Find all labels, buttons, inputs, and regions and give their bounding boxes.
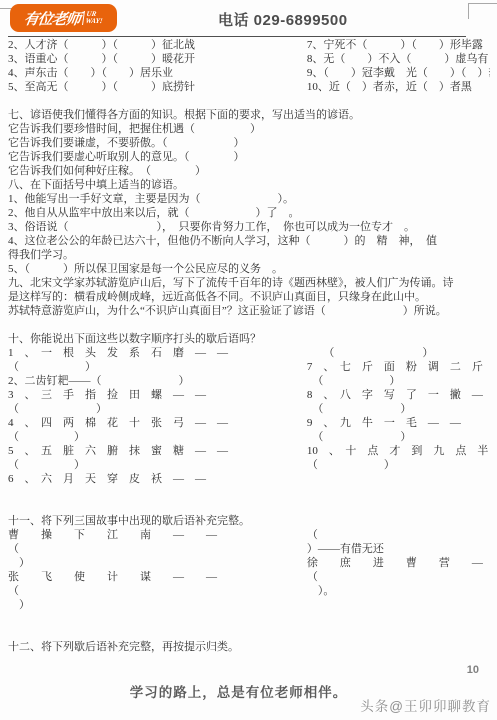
right-column-text: （ ）	[307, 430, 490, 444]
two-column-line: ）徐 庶 进 曹 营 — —	[8, 556, 490, 570]
text-line: 十、你能说出下面这些以数字顺序打头的歇后语吗？	[8, 332, 490, 346]
right-column-text: 10 、 十 点 才 到 九 点 半 — —	[307, 444, 490, 458]
left-column-text: 2、人才济（ ）（ ）征北战	[8, 38, 307, 52]
text-line: 4、这位老公公的年龄已达六十，但他仍不断向人学习，这种（ ）的 精 神， 值	[8, 234, 490, 248]
two-column-line: 1 、 一 根 头 发 系 石 磨 — — （ ）	[8, 346, 490, 360]
left-column-text: （	[8, 542, 307, 556]
left-column-text: 6 、 六 月 天 穿 皮 袄 — —	[8, 472, 307, 486]
two-column-line: （ ）。	[8, 584, 490, 598]
text-line: 十一、将下列三国故事中出现的歇后语补充完整。	[8, 514, 490, 528]
right-column-text: （ ）	[307, 402, 490, 416]
text-line: 它告诉我们如何种好庄稼。 （ ）	[8, 164, 490, 178]
left-column-text: 曹 操 下 江 南 — —	[8, 528, 307, 542]
document-body: 2、人才济（ ）（ ）征北战7、宁死不（ ）（ ）形毕露3、语重心（ ）（ ）暖…	[8, 38, 490, 654]
left-column-text: 3 、 三 手 指 捡 田 螺 — —	[8, 388, 307, 402]
blank-line	[8, 612, 490, 626]
two-column-line: ）	[8, 598, 490, 612]
two-column-line: 2、二齿钉耙——（ ） （ ）	[8, 374, 490, 388]
left-column-text: 1 、 一 根 头 发 系 石 磨 — —	[8, 346, 307, 360]
right-column-text: （ ）	[307, 458, 490, 472]
two-column-line: 曹 操 下 江 南 — —（	[8, 528, 490, 542]
right-column-text: ）——有借无还	[307, 542, 490, 556]
right-column-text: 9、（ ）冠李戴 光（ ）（ ）落	[307, 66, 490, 80]
right-column-text: 8、无（ ）不入（ ）虚乌有	[307, 52, 490, 66]
two-column-line: 2、人才济（ ）（ ）征北战7、宁死不（ ）（ ）形毕露	[8, 38, 490, 52]
text-line: 1、他能写出一手好文章，主要是因为（ ）。	[8, 192, 490, 206]
text-line: 苏轼特意游览庐山，为什么“不识庐山真面目”？这正验证了谚语（ ）所说。	[8, 304, 490, 318]
right-column-text: 7、宁死不（ ）（ ）形毕露	[307, 38, 490, 52]
two-column-line: 6 、 六 月 天 穿 皮 袄 — —	[8, 472, 490, 486]
two-column-line: 张 飞 使 计 谋 — —（	[8, 570, 490, 584]
blank-line	[8, 318, 490, 332]
right-column-text: 9 、 九 牛 一 毛 — —	[307, 416, 490, 430]
text-line: 七、谚语使我们懂得各方面的知识。根据下面的要求，写出适当的谚语。	[8, 108, 490, 122]
two-column-line: 3、语重心（ ）（ ）暖花开8、无（ ）不入（ ）虚乌有	[8, 52, 490, 66]
crop-mark-top-right-icon	[468, 3, 497, 19]
page-number: 10	[467, 664, 479, 676]
text-line: 是这样写的：横看成岭侧成峰，远近高低各不同。不识庐山真面目，只缘身在此山中。	[8, 290, 490, 304]
text-line: 得我们学习。	[8, 248, 490, 262]
left-column-text: 张 飞 使 计 谋 — —	[8, 570, 307, 584]
two-column-line: 4、声东击（ ）（ ）居乐业9、（ ）冠李戴 光（ ）（ ）落	[8, 66, 490, 80]
right-column-text: （ ）	[307, 374, 490, 388]
text-line: 九、北宋文学家苏轼游览庐山后，写下了流传千百年的诗《题西林壁》，被人们广为传诵。…	[8, 276, 490, 290]
text-line: 八、在下面括号中填上适当的谚语。	[8, 178, 490, 192]
two-column-line: （ ）7 、 七 斤 面 粉 调 二 斤 浆 糊 — —	[8, 360, 490, 374]
two-column-line: （ ） （ ）	[8, 430, 490, 444]
left-column-text: 2、二齿钉耙——（ ）	[8, 374, 307, 388]
left-column-text: ）	[8, 556, 307, 570]
right-column-text: 7 、 七 斤 面 粉 调 二 斤 浆 糊 — —	[307, 360, 490, 374]
left-column-text: ）	[8, 598, 307, 612]
two-column-line: 5、至高无（ ）（ ）底捞针10、近（ ）者赤，近（ ）者黑	[8, 80, 490, 94]
left-column-text: 5 、 五 脏 六 腑 抹 蜜 糖 — —	[8, 444, 307, 458]
left-column-text: （ ）	[8, 402, 307, 416]
right-column-text	[307, 472, 490, 486]
blank-line	[8, 500, 490, 514]
two-column-line: 4 、 四 两 棉 花 十 张 弓 — —9 、 九 牛 一 毛 — —	[8, 416, 490, 430]
left-column-text: （ ）	[8, 458, 307, 472]
two-column-line: 5 、 五 脏 六 腑 抹 蜜 糖 — —10 、 十 点 才 到 九 点 半 …	[8, 444, 490, 458]
two-column-line: （ ） （ ）	[8, 402, 490, 416]
blank-line	[8, 94, 490, 108]
text-line: 它告诉我们要虚心听取别人的意见。（ ）	[8, 150, 490, 164]
left-column-text: 3、语重心（ ）（ ）暖花开	[8, 52, 307, 66]
two-column-line: 3 、 三 手 指 捡 田 螺 — —8 、 八 字 写 了 一 撇 — —	[8, 388, 490, 402]
text-line: 3、俗语说（ ）， 只要你肯努力工作， 你也可以成为一位专才 。	[8, 220, 490, 234]
text-line: 它告诉我们要谦虚，不要骄傲。（ ）	[8, 136, 490, 150]
footer-watermark: 头条@王卯卯聊教育	[360, 695, 491, 715]
left-column-text: 5、至高无（ ）（ ）底捞针	[8, 80, 307, 94]
right-column-text: ）。	[307, 584, 490, 598]
right-column-text: 徐 庶 进 曹 营 — —	[307, 556, 490, 570]
text-line: 2、他自从从监牢中放出来以后，就（ ）了 。	[8, 206, 490, 220]
text-line: 它告诉我们要珍惜时间，把握住机遇（ ）	[8, 122, 490, 136]
left-column-text: （	[8, 584, 307, 598]
right-column-text: （ ）	[307, 346, 490, 360]
brand-logo-subtext: UR WAY!	[82, 11, 104, 25]
brand-logo-text: 有位老师	[23, 8, 82, 29]
right-column-text: （	[307, 570, 490, 584]
two-column-line: （ ）（ ）	[8, 458, 490, 472]
blank-line	[8, 486, 490, 500]
left-column-text: （ ）	[8, 430, 307, 444]
right-column-text: （	[307, 528, 490, 542]
left-column-text: （ ）	[8, 360, 307, 374]
brand-logo: 有位老师 UR WAY!	[10, 4, 117, 32]
text-line: 十二、将下列歇后语补充完整，再按提示归类。	[8, 640, 490, 654]
header-divider	[8, 36, 466, 37]
right-column-text	[307, 598, 490, 612]
right-column-text: 8 、 八 字 写 了 一 撇 — —	[307, 388, 490, 402]
blank-line	[8, 626, 490, 640]
two-column-line: （）——有借无还	[8, 542, 490, 556]
left-column-text: 4 、 四 两 棉 花 十 张 弓 — —	[8, 416, 307, 430]
right-column-text: 10、近（ ）者赤，近（ ）者黑	[307, 80, 490, 94]
left-column-text: 4、声东击（ ）（ ）居乐业	[8, 66, 307, 80]
brand-logo-sub-bottom: WAY!	[85, 17, 103, 25]
text-line: 5、（ ）所以保卫国家是每一个公民应尽的义务 。	[8, 262, 490, 276]
header-phone-number: 电话 029-6899500	[218, 9, 348, 30]
worksheet-page: 有位老师 UR WAY! 电话 029-6899500 2、人才济（ ）（ ）征…	[0, 0, 497, 720]
